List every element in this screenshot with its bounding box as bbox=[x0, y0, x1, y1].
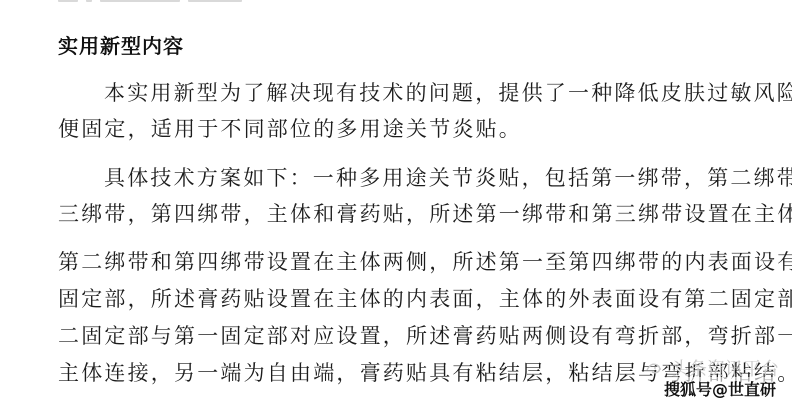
paragraph-2-line-5: 二固定部与第一固定部对应设置，所述膏药贴两侧设有弯折部，弯折部一端与 bbox=[58, 323, 792, 349]
toutiao-logo-icon bbox=[645, 360, 667, 376]
paragraph-2-line-2: 三绑带，第四绑带，主体和膏药贴，所述第一绑带和第三绑带设置在主体两侧， bbox=[58, 201, 792, 227]
cropped-text-line bbox=[58, 0, 273, 4]
paragraph-1-line-2: 便固定，适用于不同部位的多用途关节炎贴。 bbox=[58, 116, 522, 142]
document-page: 实用新型内容 本实用新型为了解决现有技术的问题，提供了一种降低皮肤过敏风险，方 … bbox=[0, 0, 792, 403]
paragraph-1-line-1: 本实用新型为了解决现有技术的问题，提供了一种降低皮肤过敏风险，方 bbox=[104, 80, 792, 106]
paragraph-2-line-4: 固定部，所述膏药贴设置在主体的内表面，主体的外表面设有第二固定部，第 bbox=[58, 286, 792, 312]
paragraph-2-line-1: 具体技术方案如下：一种多用途关节炎贴，包括第一绑带，第二绑带，第 bbox=[104, 165, 792, 191]
sohu-watermark: 搜狐号@世直研 bbox=[664, 377, 776, 400]
paragraph-2-line-3: 第二绑带和第四绑带设置在主体两侧，所述第一至第四绑带的内表面设有第一 bbox=[58, 249, 792, 275]
section-heading: 实用新型内容 bbox=[58, 30, 184, 59]
